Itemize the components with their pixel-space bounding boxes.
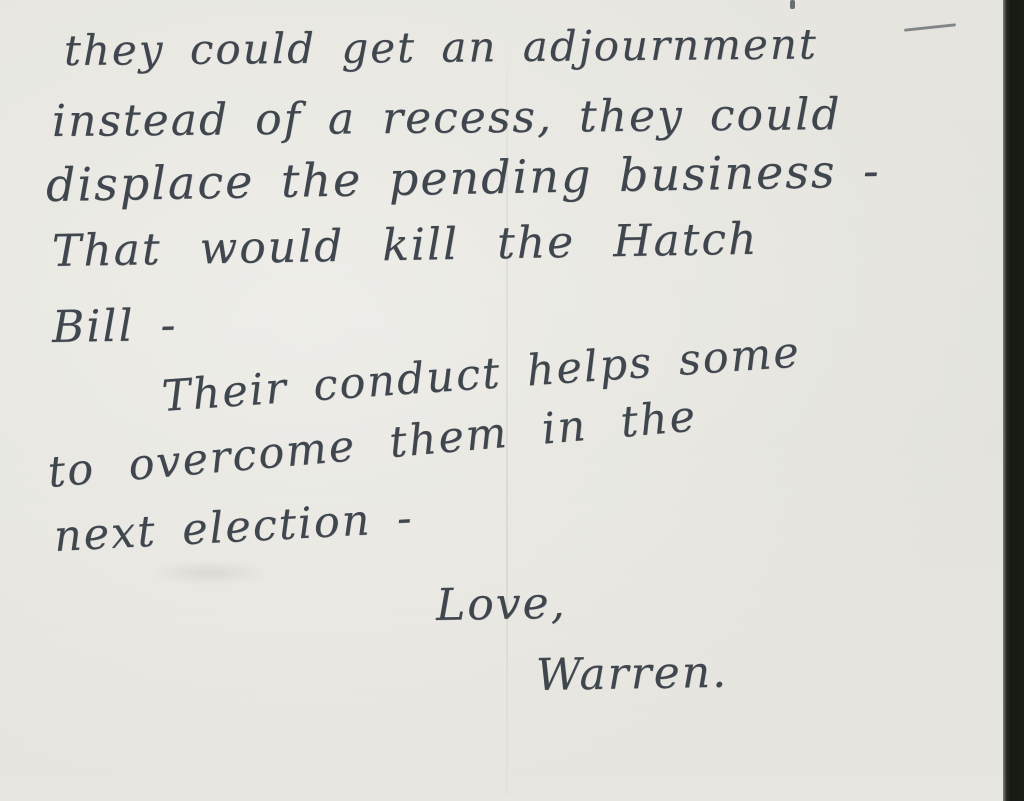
handwriting-line: Their conduct helps some bbox=[160, 327, 802, 422]
handwriting-line: That would kill the Hatch bbox=[52, 214, 759, 277]
letter-scan-page: they could get an adjournment instead of… bbox=[0, 0, 1024, 801]
handwriting-line: instead of a recess, they could bbox=[52, 89, 842, 147]
handwriting-line: next election - bbox=[53, 493, 415, 562]
handwriting-line: Bill - bbox=[52, 300, 178, 353]
scan-edge-strip bbox=[1003, 0, 1024, 801]
fold-crease bbox=[506, 40, 508, 795]
closing-line: Love, bbox=[436, 578, 567, 631]
handwriting-line: they could get an adjournment bbox=[64, 19, 818, 75]
signature: Warren. bbox=[536, 647, 729, 701]
paper-smudge bbox=[150, 560, 270, 586]
scan-artifact-mark bbox=[790, 0, 795, 9]
stray-ink-mark bbox=[904, 23, 956, 31]
handwriting-line: displace the pending business - bbox=[46, 143, 882, 212]
